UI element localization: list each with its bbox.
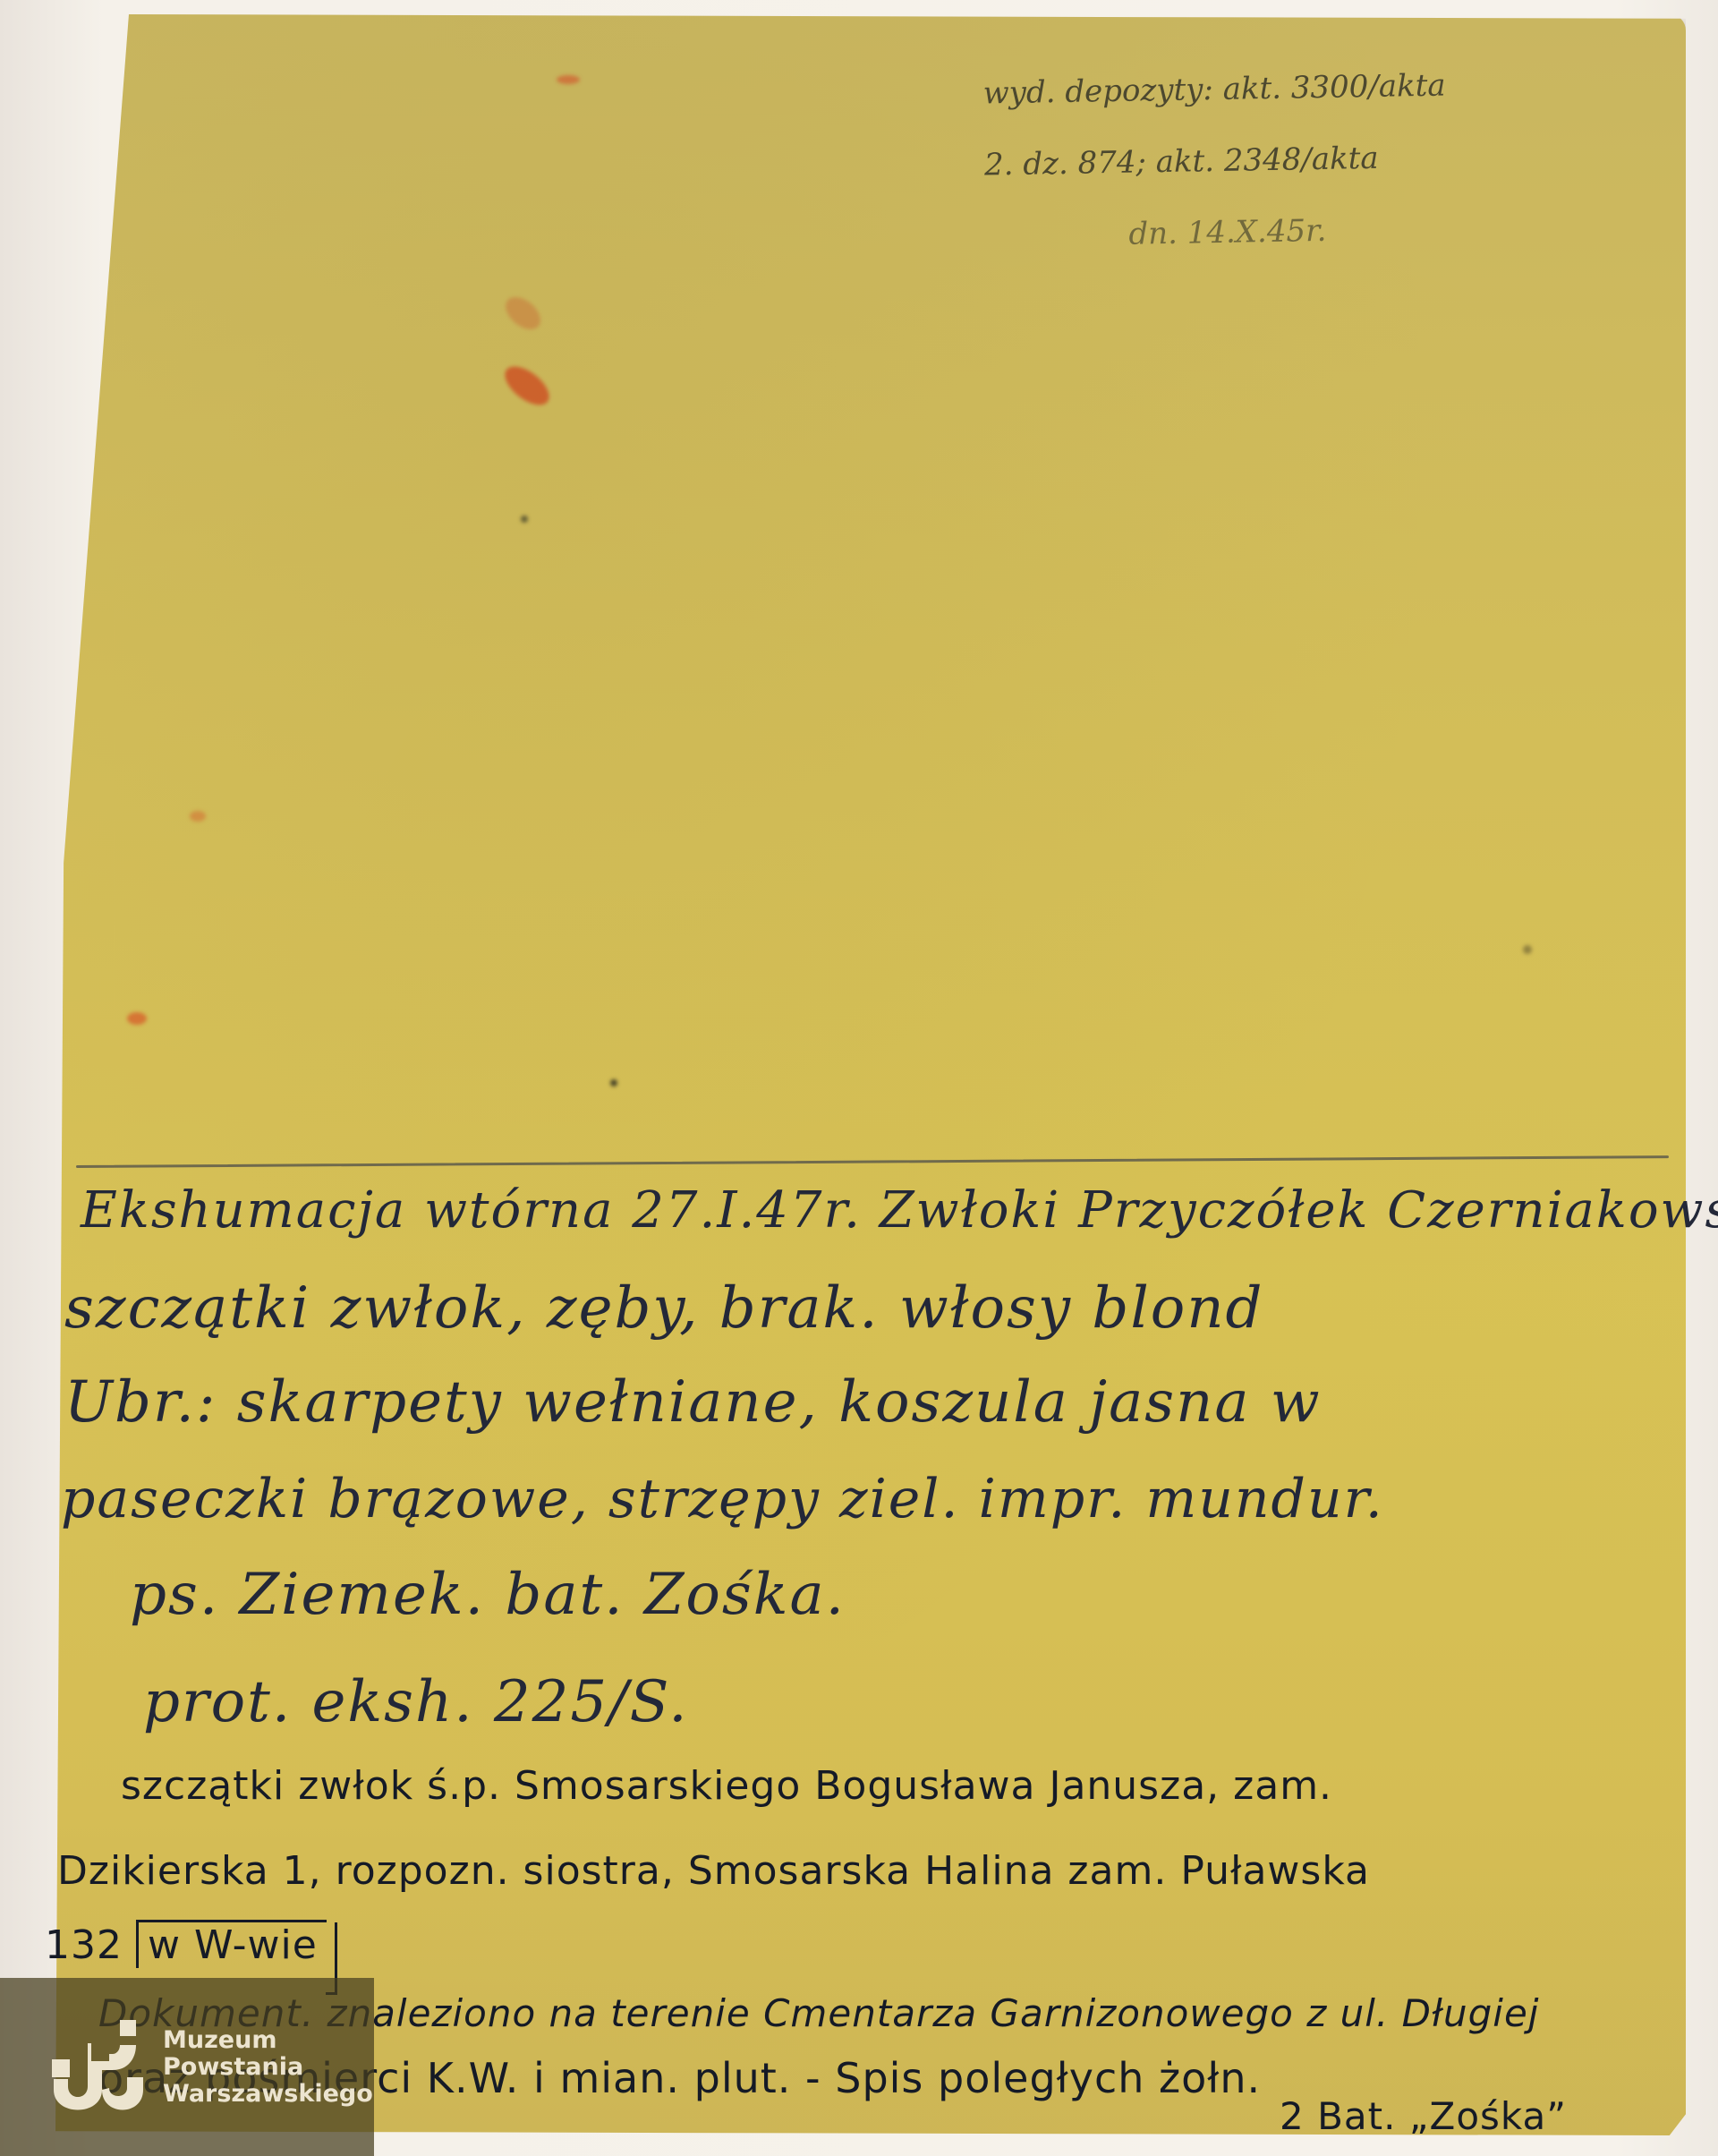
- museum-name: Muzeum Powstania Warszawskiego: [163, 2027, 373, 2108]
- identification-line: szczątki zwłok ś.p. Smosarskiego Bogusła…: [121, 1763, 1332, 1809]
- record-line: Ekshumacja wtórna 27.I.47r. Zwłoki Przyc…: [81, 1181, 1718, 1240]
- identification-line: Dzikierska 1, rozpozn. siostra, Smosarsk…: [57, 1848, 1370, 1894]
- archival-card: [55, 14, 1686, 2135]
- top-note-date: dn. 14.X.45r.: [985, 192, 1449, 272]
- record-line: paseczki brązowe, strzępy ziel. impr. mu…: [61, 1468, 1384, 1530]
- red-stain: [499, 291, 546, 336]
- address-number: 132: [45, 1922, 136, 1968]
- kotwica-anchor-icon: [50, 2016, 147, 2118]
- pseudonym-line: ps. Ziemek. bat. Zośka.: [130, 1562, 846, 1628]
- red-stain: [498, 359, 556, 412]
- top-note-line: wyd. depozyty: akt. 3300/akta: [982, 50, 1446, 130]
- top-note-line: 2. dz. 874; akt. 2348/akta: [983, 121, 1447, 200]
- record-line: Ubr.: skarpety wełniane, koszula jasna w: [64, 1369, 1322, 1436]
- dark-speck: [521, 516, 528, 523]
- dark-speck: [1523, 945, 1532, 954]
- battalion-line: 2 Bat. „Zośka”: [1280, 2094, 1567, 2138]
- dark-speck: [610, 1079, 617, 1087]
- red-stain: [127, 1012, 147, 1025]
- protocol-number: prot. eksh. 225/S.: [143, 1669, 689, 1735]
- red-stain: [190, 811, 206, 822]
- museum-watermark: Muzeum Powstania Warszawskiego: [0, 1978, 374, 2156]
- bracketed-note: w W-wie: [136, 1920, 327, 1968]
- top-archive-note: wyd. depozyty: akt. 3300/akta 2. dz. 874…: [982, 50, 1449, 273]
- address-line: 132 w W-wie: [45, 1920, 327, 1968]
- red-stain: [557, 75, 580, 84]
- record-line: szczątki zwłok, zęby, brak. włosy blond: [64, 1275, 1264, 1342]
